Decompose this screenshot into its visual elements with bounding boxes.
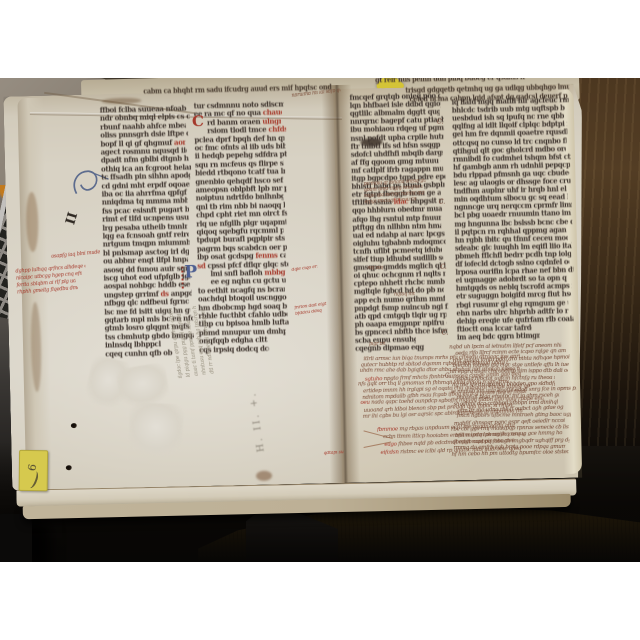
sticker-squiggle [25, 470, 40, 490]
paraph-mark: C. [445, 373, 451, 380]
blue-initial-P: P [184, 264, 197, 281]
manuscript-codex: II cabm ca bhqht rm sadu ifcudrg auud er… [3, 78, 593, 525]
screenshot-frame: II cabm ca bhqht rm sadu ifcudrg auud er… [0, 0, 640, 640]
paraph-mark: C. [442, 330, 448, 337]
manuscript-photograph: II cabm ca bhqht rm sadu ifcudrg auud er… [0, 78, 640, 562]
script-text-layer: cabm ca bhqht rm sadu ifcudrg auud ers m… [3, 78, 593, 525]
paraph-mark: C. [440, 264, 446, 271]
paraph-mark: C. [437, 119, 443, 126]
red-initial-C: C [192, 114, 204, 129]
paraph-mark: C. [439, 199, 445, 206]
yellow-sticker: 6 [19, 450, 48, 491]
